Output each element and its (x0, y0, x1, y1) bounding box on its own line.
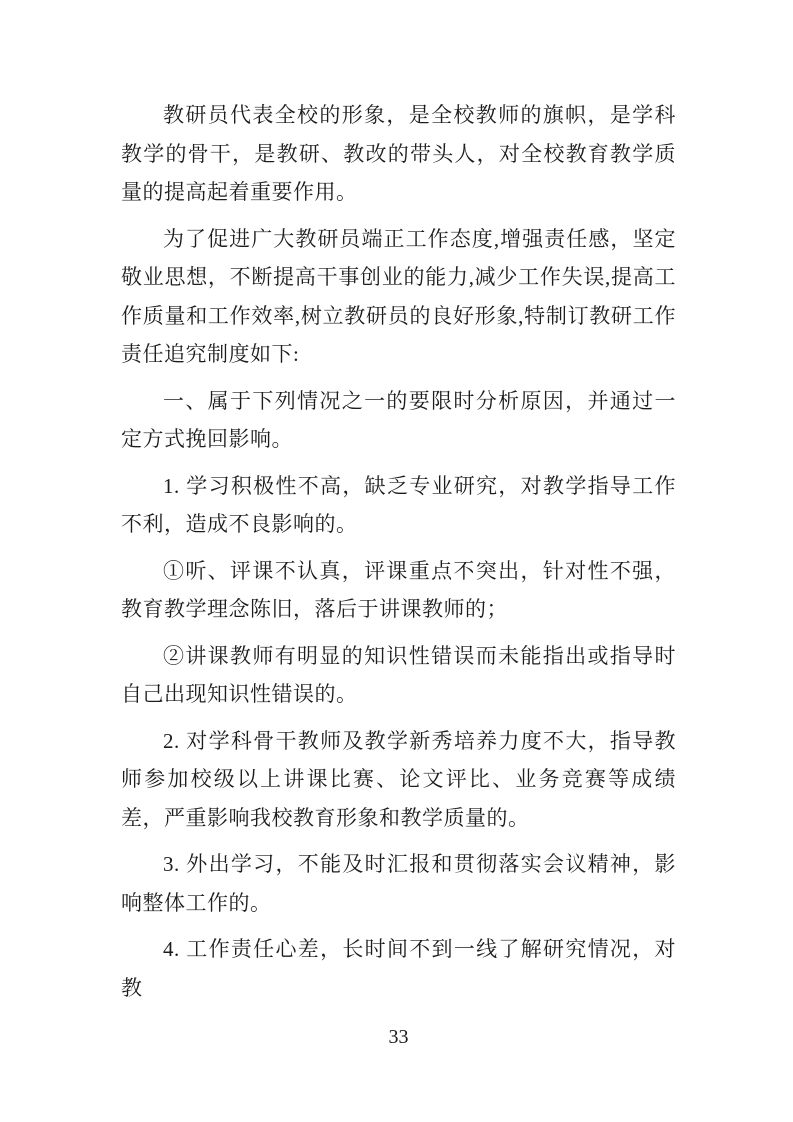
document-body: 教研员代表全校的形象，是全校教师的旗帜，是学科教学的骨干，是教研、教改的带头人，… (121, 96, 676, 1007)
document-page: 教研员代表全校的形象，是全校教师的旗帜，是学科教学的骨干，是教研、教改的带头人，… (0, 0, 793, 1122)
paragraph: 4. 工作责任心差，长时间不到一线了解研究情况，对教 (121, 930, 676, 1007)
paragraph: 2. 对学科骨干教师及教学新秀培养力度不大，指导教师参加校级以上讲课比赛、论文评… (121, 722, 676, 838)
paragraph: 教研员代表全校的形象，是全校教师的旗帜，是学科教学的骨干，是教研、教改的带头人，… (121, 96, 676, 212)
paragraph: ①听、评课不认真，评课重点不突出，针对性不强，教育教学理念陈旧，落后于讲课教师的… (121, 552, 676, 629)
paragraph: 3. 外出学习，不能及时汇报和贯彻落实会议精神，影响整体工作的。 (121, 845, 676, 922)
paragraph: 1. 学习积极性不高，缺乏专业研究，对教学指导工作不利，造成不良影响的。 (121, 467, 676, 544)
page-number: 33 (121, 1025, 676, 1049)
paragraph: 为了促进广大教研员端正工作态度,增强责任感，坚定敬业思想，不断提高干事创业的能力… (121, 220, 676, 374)
paragraph: 一、属于下列情况之一的要限时分析原因，并通过一定方式挽回影响。 (121, 382, 676, 459)
paragraph: ②讲课教师有明显的知识性错误而未能指出或指导时自己出现知识性错误的。 (121, 637, 676, 714)
